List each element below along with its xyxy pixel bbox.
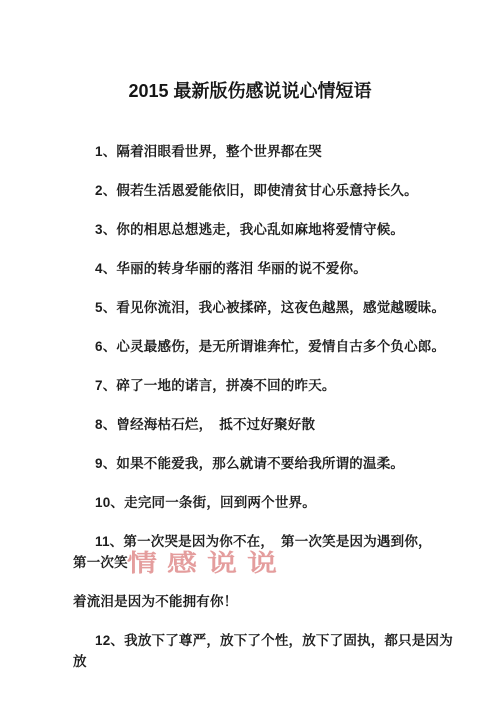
page-title: 2015 最新版伤感说说心情短语 — [0, 0, 500, 101]
list-item-12: 12、我放下了尊严，放下了个性，放下了固执，都只是因为放 — [73, 630, 462, 672]
list-item-7: 7、碎了一地的诺言，拼凑不回的昨天。 — [73, 375, 462, 396]
list-item-6: 6、心灵最感伤，是无所谓谁奔忙，爱情自古多个负心郎。 — [73, 336, 462, 357]
list-item-8: 8、曾经海枯石烂， 抵不过好聚好散 — [73, 414, 462, 435]
document-content: 2015 最新版伤感说说心情短语 1、隔着泪眼看世界，整个世界都在哭 2、假若生… — [0, 0, 500, 672]
list-item-11-line-2: 第一次笑 — [73, 552, 462, 573]
list-item-11-line-1: 11、第一次哭是因为你不在， 第一次笑是因为遇到你， — [73, 531, 462, 552]
list-item-10: 10、走完同一条街，回到两个世界。 — [73, 492, 462, 513]
list-item-11-continuation: 着流泪是因为不能拥有你！ — [73, 591, 462, 612]
list-item-3: 3、你的相思总想逃走，我心乱如麻地将爱情守候。 — [73, 219, 462, 240]
list-item-2: 2、假若生活恩爱能依旧，即使清贫甘心乐意持长久。 — [73, 180, 462, 201]
document-page: 情感说说 2015 最新版伤感说说心情短语 1、隔着泪眼看世界，整个世界都在哭 … — [0, 0, 500, 708]
list-item-1: 1、隔着泪眼看世界，整个世界都在哭 — [73, 141, 462, 162]
list-item-4: 4、华丽的转身华丽的落泪 华丽的说不爱你。 — [73, 258, 462, 279]
list-item-9: 9、如果不能爱我，那么就请不要给我所谓的温柔。 — [73, 453, 462, 474]
list-item-5: 5、看见你流泪，我心被揉碎，这夜色越黑，感觉越暧昧。 — [73, 297, 462, 318]
